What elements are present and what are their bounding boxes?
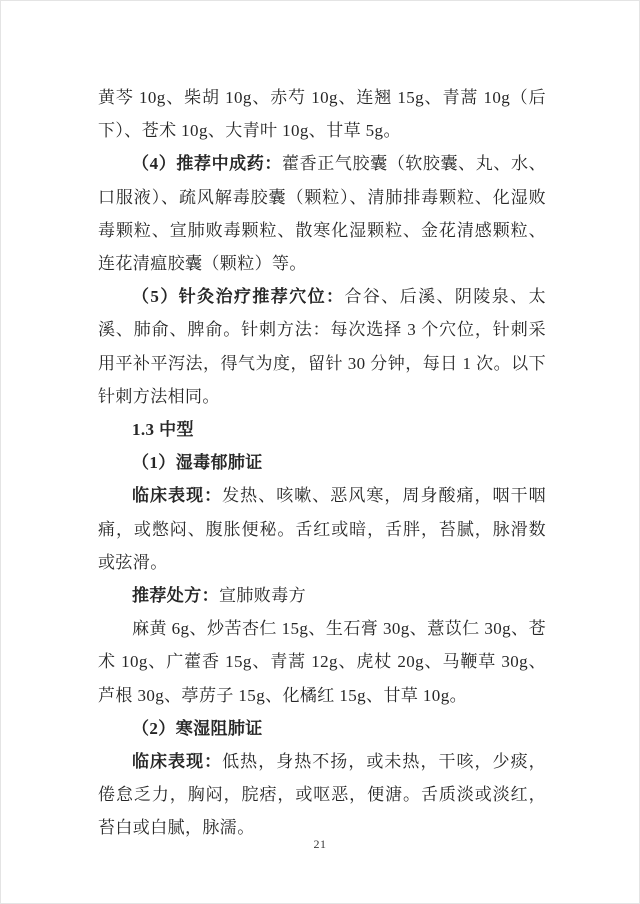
para-clinical-manifestations-2: 临床表现：低热，身热不扬，或未热，干咳，少痰，倦怠乏力，胸闷，脘痞，或呕恶，便溏… <box>98 745 546 845</box>
para-recommended-patent-medicines: （4）推荐中成药：藿香正气胶囊（软胶囊、丸、水、口服液）、疏风解毒胶囊（颗粒）、… <box>98 147 546 280</box>
page-body-text: 黄芩 10g、柴胡 10g、赤芍 10g、连翘 15g、青蒿 10g（后下）、苍… <box>98 81 546 845</box>
para-text: 黄芩 10g、柴胡 10g、赤芍 10g、连翘 15g、青蒿 10g（后下）、苍… <box>98 88 546 140</box>
document-page: 黄芩 10g、柴胡 10g、赤芍 10g、连翘 15g、青蒿 10g（后下）、苍… <box>0 0 640 904</box>
heading-damp-toxin-lung-syndrome: （1）湿毒郁肺证 <box>98 446 546 479</box>
para-text: 麻黄 6g、炒苦杏仁 15g、生石膏 30g、薏苡仁 30g、苍术 10g、广藿… <box>98 619 546 704</box>
page-number: 21 <box>1 837 639 852</box>
heading-text: （1）湿毒郁肺证 <box>132 453 263 472</box>
heading-text: （2）寒湿阻肺证 <box>132 719 263 738</box>
para-herb-list-xuanfei: 麻黄 6g、炒苦杏仁 15g、生石膏 30g、薏苡仁 30g、苍术 10g、广藿… <box>98 612 546 712</box>
para-acupuncture-points: （5）针灸治疗推荐穴位：合谷、后溪、阴陵泉、太溪、肺俞、脾俞。针刺方法：每次选择… <box>98 280 546 413</box>
heading-1-3-moderate-type: 1.3 中型 <box>98 413 546 446</box>
para-lead: 推荐处方： <box>132 586 219 605</box>
para-recommended-prescription: 推荐处方：宣肺败毒方 <box>98 579 546 612</box>
heading-cold-damp-lung-syndrome: （2）寒湿阻肺证 <box>98 712 546 745</box>
para-herb-list-continuation: 黄芩 10g、柴胡 10g、赤芍 10g、连翘 15g、青蒿 10g（后下）、苍… <box>98 81 546 147</box>
para-clinical-manifestations-1: 临床表现：发热、咳嗽、恶风寒，周身酸痛，咽干咽痛，或憋闷、腹胀便秘。舌红或暗，舌… <box>98 479 546 579</box>
para-lead: 临床表现： <box>132 486 222 505</box>
para-lead: （4）推荐中成药： <box>132 154 282 173</box>
heading-text: 1.3 中型 <box>132 420 194 439</box>
para-lead: 临床表现： <box>132 752 222 771</box>
para-text: 宣肺败毒方 <box>219 586 306 605</box>
para-lead: （5）针灸治疗推荐穴位： <box>132 287 344 306</box>
